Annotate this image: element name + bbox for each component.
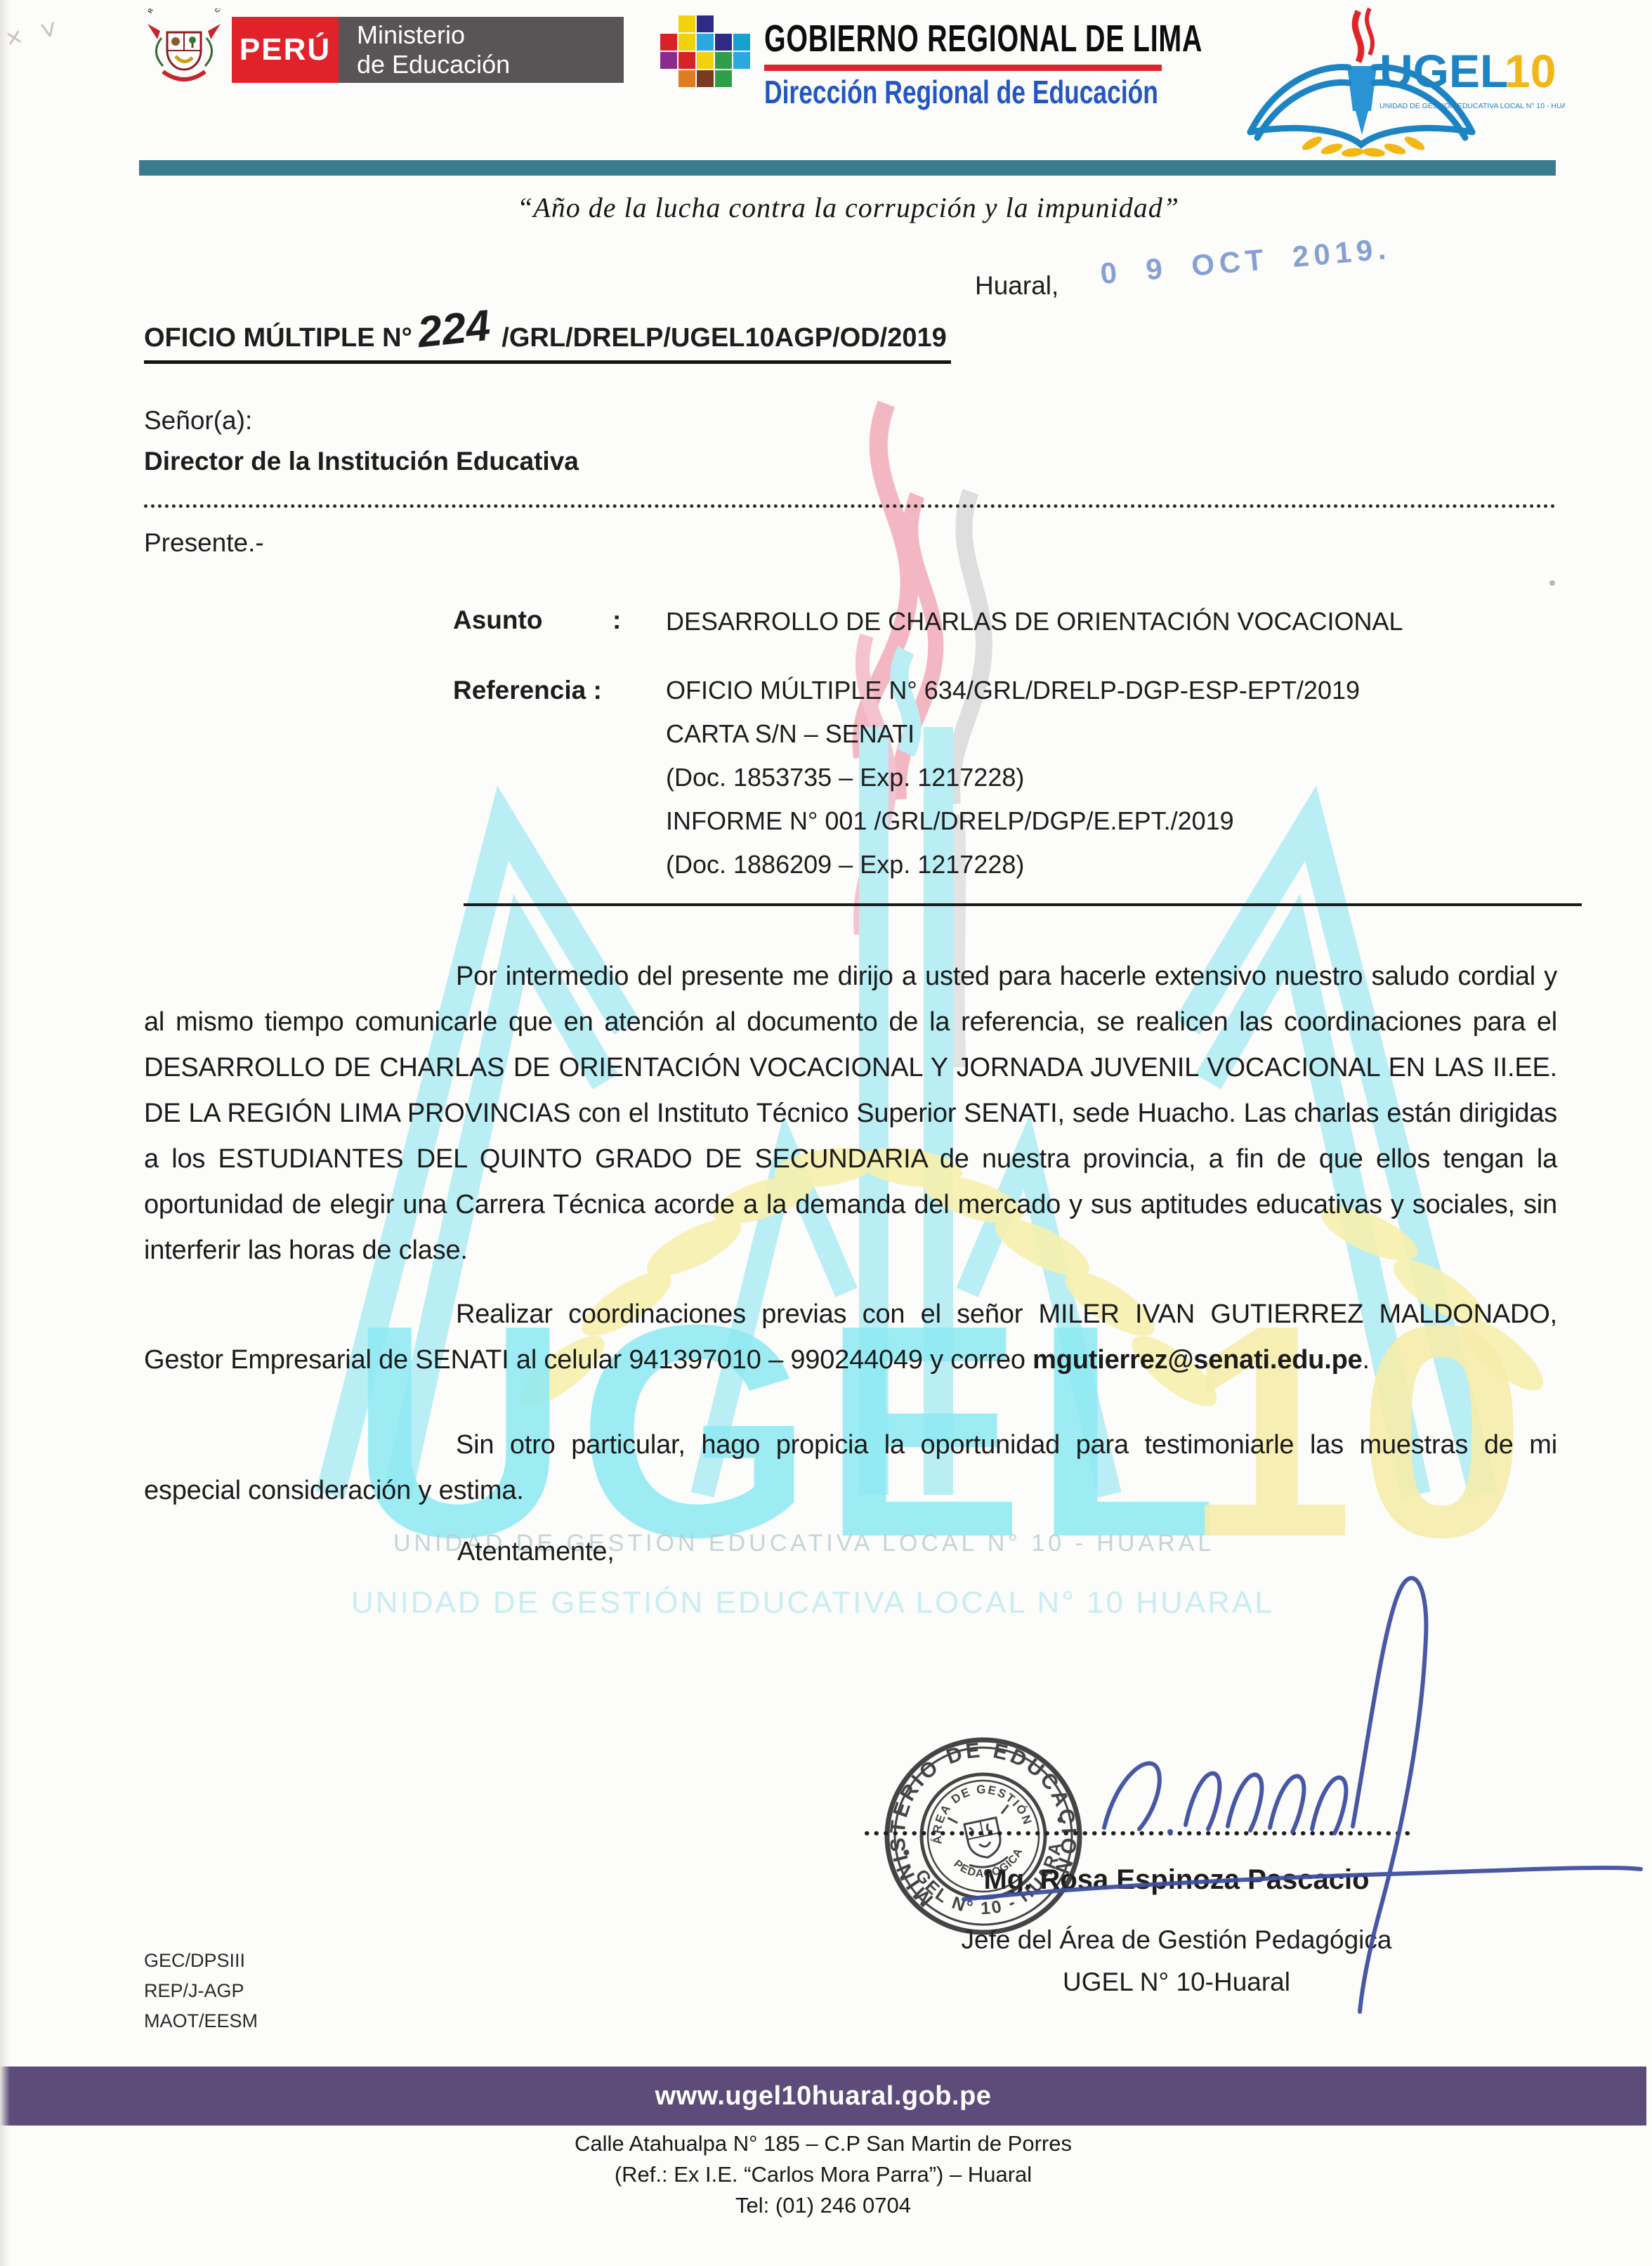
stamp-and-signature-layer: MINISTERIO DE EDUCACIÓN UGEL N° 10 - HUA…: [0, 0, 1652, 2266]
stamp-ring-bottom-text: UGEL N° 10 - HUARAL: [0, 8, 1078, 2123]
scanned-official-letter: UGEL 10 UNIDAD DE GESTIÓN EDUCATIVA LOCA…: [0, 0, 1652, 2266]
svg-text:UGEL N° 10 - HUARAL: UGEL N° 10 - HUARAL: [0, 8, 1078, 2123]
official-round-stamp: MINISTERIO DE EDUCACIÓN UGEL N° 10 - HUA…: [0, 5, 1099, 2136]
